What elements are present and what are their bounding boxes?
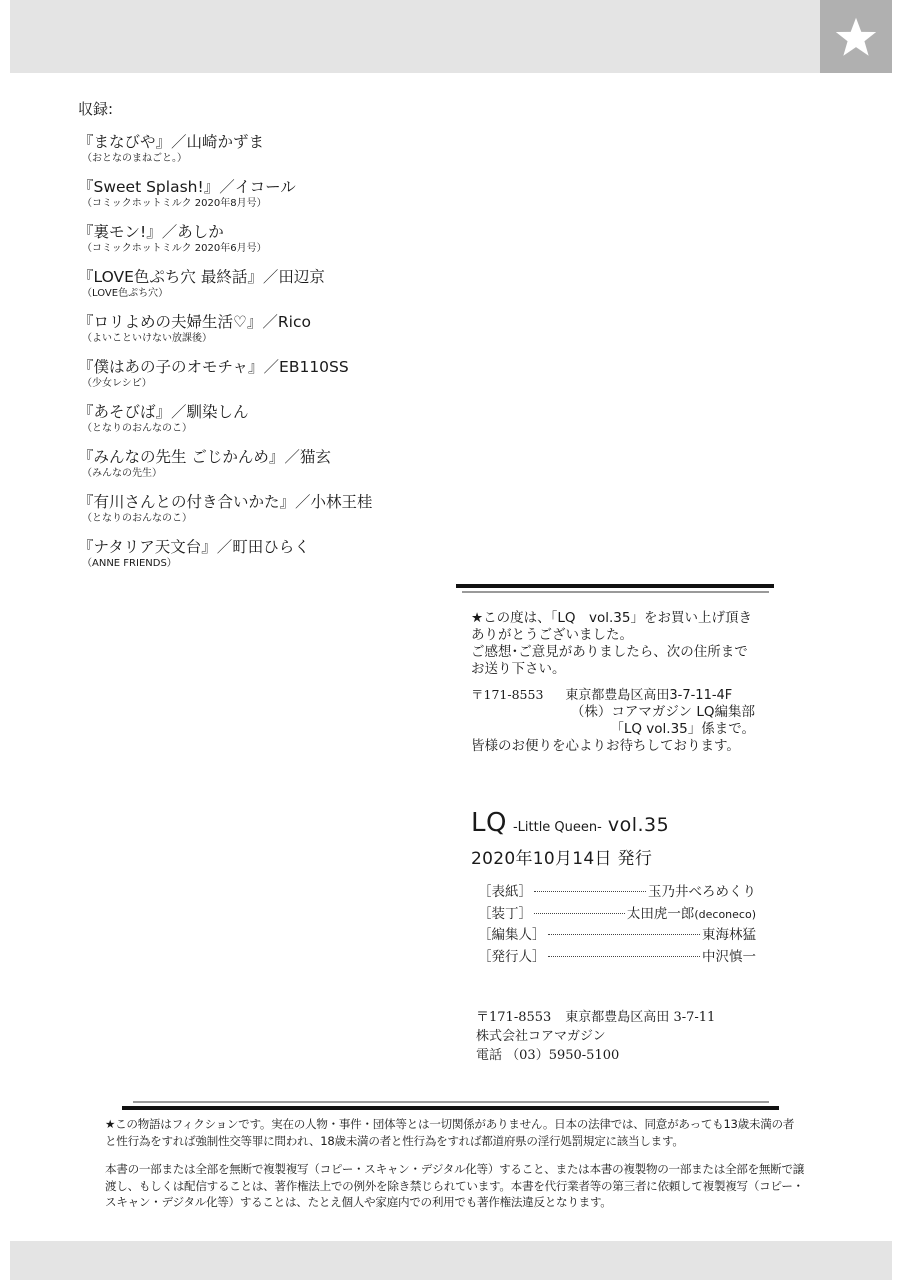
address-line: 〒171-8553 東京都豊島区高田3-7-11-4F bbox=[471, 686, 771, 704]
entry-title: 『Sweet Splash!』／イコール bbox=[78, 178, 373, 197]
thanks-line: ★この度は、「LQ vol.35」をお買い上げ頂き bbox=[471, 610, 771, 627]
leader-dots bbox=[534, 913, 625, 914]
closing-line: 皆様のお便りを心よりお待ちしております。 bbox=[471, 738, 771, 755]
list-item: 『僕はあの子のオモチャ』／EB110SS （少女レシピ） bbox=[78, 358, 373, 390]
credit-role: ［表紙］ bbox=[478, 880, 532, 900]
magazine-title: LQ-Little Queen-vol.35 bbox=[471, 808, 669, 838]
list-item: 『みんなの先生 ごじかんめ』／猫玄 （みんなの先生） bbox=[78, 448, 373, 480]
list-item: 『ナタリア天文台』／町田ひらく （ANNE FRIENDS） bbox=[78, 538, 373, 570]
thanks-line: ご感想･ご意見がありましたら、次の住所まで bbox=[471, 644, 771, 661]
legal-notice: ★この物語はフィクションです。実在の人物・事件・団体等とは一切関係がありません。… bbox=[105, 1116, 805, 1223]
copyright-notice: 本書の一部または全部を無断で複製複写（コピー・スキャン・デジタル化等）すること、… bbox=[105, 1161, 805, 1211]
entry-title: 『みんなの先生 ごじかんめ』／猫玄 bbox=[78, 448, 373, 467]
entry-title: 『僕はあの子のオモチャ』／EB110SS bbox=[78, 358, 373, 377]
contents-heading: 収録: bbox=[78, 98, 373, 119]
entry-source: （となりのおんなのこ） bbox=[82, 512, 373, 525]
postal-code: 〒171-8553 bbox=[471, 687, 543, 702]
entry-title: 『裏モン!』／あしか bbox=[78, 223, 373, 242]
title-subtitle: -Little Queen- bbox=[513, 820, 602, 835]
entry-source: （おとなのまねごと。） bbox=[82, 152, 373, 165]
credit-name: 玉乃井べろめくり bbox=[648, 880, 756, 900]
leader-dots bbox=[548, 956, 701, 957]
credits-list: ［表紙］ 玉乃井べろめくり ［装丁］ 太田虎一郎(deconeco) ［編集人］… bbox=[478, 880, 756, 966]
entry-source: （ANNE FRIENDS） bbox=[82, 557, 373, 570]
publisher-phone: 電話 （03）5950-5100 bbox=[476, 1046, 715, 1065]
credit-role: ［装丁］ bbox=[478, 902, 532, 922]
list-item: 『LOVE色ぷち穴 最終話』／田辺京 （LOVE色ぷち穴） bbox=[78, 268, 373, 300]
entry-title: 『有川さんとの付き合いかた』／小林王桂 bbox=[78, 493, 373, 512]
leader-dots bbox=[548, 934, 701, 935]
attention: 「LQ vol.35」係まで。 bbox=[471, 721, 771, 738]
credit-row: ［表紙］ 玉乃井べろめくり bbox=[478, 880, 756, 902]
credit-row: ［装丁］ 太田虎一郎(deconeco) bbox=[478, 902, 756, 924]
fiction-disclaimer: ★この物語はフィクションです。実在の人物・事件・団体等とは一切関係がありません。… bbox=[105, 1116, 805, 1149]
divider-thin bbox=[462, 591, 769, 593]
thanks-line: お送り下さい。 bbox=[471, 661, 771, 678]
entry-title: 『ロリよめの夫婦生活♡』／Rico bbox=[78, 313, 373, 332]
credit-row: ［編集人］ 東海林猛 bbox=[478, 923, 756, 945]
footer-band bbox=[10, 1241, 892, 1280]
list-item: 『有川さんとの付き合いかた』／小林王桂 （となりのおんなのこ） bbox=[78, 493, 373, 525]
divider-thin bbox=[133, 1101, 769, 1103]
entry-title: 『LOVE色ぷち穴 最終話』／田辺京 bbox=[78, 268, 373, 287]
credit-name: 中沢慎一 bbox=[702, 945, 756, 965]
list-item: 『あそびば』／馴染しん （となりのおんなのこ） bbox=[78, 403, 373, 435]
divider-thick bbox=[456, 584, 774, 588]
contents-list: 収録: 『まなびや』／山崎かずま （おとなのまねごと。） 『Sweet Spla… bbox=[78, 98, 373, 583]
thanks-message: ★この度は、「LQ vol.35」をお買い上げ頂き ありがとうございました。 ご… bbox=[471, 610, 771, 755]
list-item: 『Sweet Splash!』／イコール （コミックホットミルク 2020年8月… bbox=[78, 178, 373, 210]
entry-source: （少女レシピ） bbox=[82, 377, 373, 390]
leader-dots bbox=[534, 891, 646, 892]
publication-date: 2020年10月14日 発行 bbox=[471, 844, 669, 869]
entry-source: （コミックホットミルク 2020年6月号） bbox=[82, 242, 373, 255]
department: （株）コアマガジン LQ編集部 bbox=[471, 704, 771, 721]
credit-role: ［編集人］ bbox=[478, 923, 546, 943]
entry-source: （みんなの先生） bbox=[82, 467, 373, 480]
credit-role: ［発行人］ bbox=[478, 945, 546, 965]
credit-name: 太田虎一郎(deconeco) bbox=[627, 902, 756, 922]
title-volume: vol.35 bbox=[608, 814, 669, 836]
entry-title: 『あそびば』／馴染しん bbox=[78, 403, 373, 422]
mail-address: 〒171-8553 東京都豊島区高田3-7-11-4F （株）コアマガジン LQ… bbox=[471, 686, 771, 738]
entry-source: （LOVE色ぷち穴） bbox=[82, 287, 373, 300]
title-main: LQ bbox=[471, 808, 507, 838]
star-badge bbox=[820, 0, 892, 73]
entry-source: （コミックホットミルク 2020年8月号） bbox=[82, 197, 373, 210]
list-item: 『まなびや』／山崎かずま （おとなのまねごと。） bbox=[78, 133, 373, 165]
publisher-address: 〒171-8553東京都豊島区高田 3-7-11 bbox=[476, 1008, 715, 1027]
publisher-info: 〒171-8553東京都豊島区高田 3-7-11 株式会社コアマガジン 電話 （… bbox=[476, 1008, 715, 1065]
entry-title: 『ナタリア天文台』／町田ひらく bbox=[78, 538, 373, 557]
entry-source: （よいこといけない放課後） bbox=[82, 332, 373, 345]
street-address: 東京都豊島区高田3-7-11-4F bbox=[565, 688, 732, 703]
publisher-company: 株式会社コアマガジン bbox=[476, 1027, 715, 1046]
entry-source: （となりのおんなのこ） bbox=[82, 422, 373, 435]
header-band bbox=[10, 0, 820, 73]
entry-title: 『まなびや』／山崎かずま bbox=[78, 133, 373, 152]
credit-name: 東海林猛 bbox=[702, 923, 756, 943]
credit-row: ［発行人］ 中沢慎一 bbox=[478, 945, 756, 967]
divider-thick bbox=[122, 1106, 779, 1110]
list-item: 『裏モン!』／あしか （コミックホットミルク 2020年6月号） bbox=[78, 223, 373, 255]
thanks-line: ありがとうございました。 bbox=[471, 627, 771, 644]
list-item: 『ロリよめの夫婦生活♡』／Rico （よいこといけない放課後） bbox=[78, 313, 373, 345]
colophon: LQ-Little Queen-vol.35 2020年10月14日 発行 bbox=[471, 808, 669, 869]
star-icon bbox=[834, 15, 878, 59]
